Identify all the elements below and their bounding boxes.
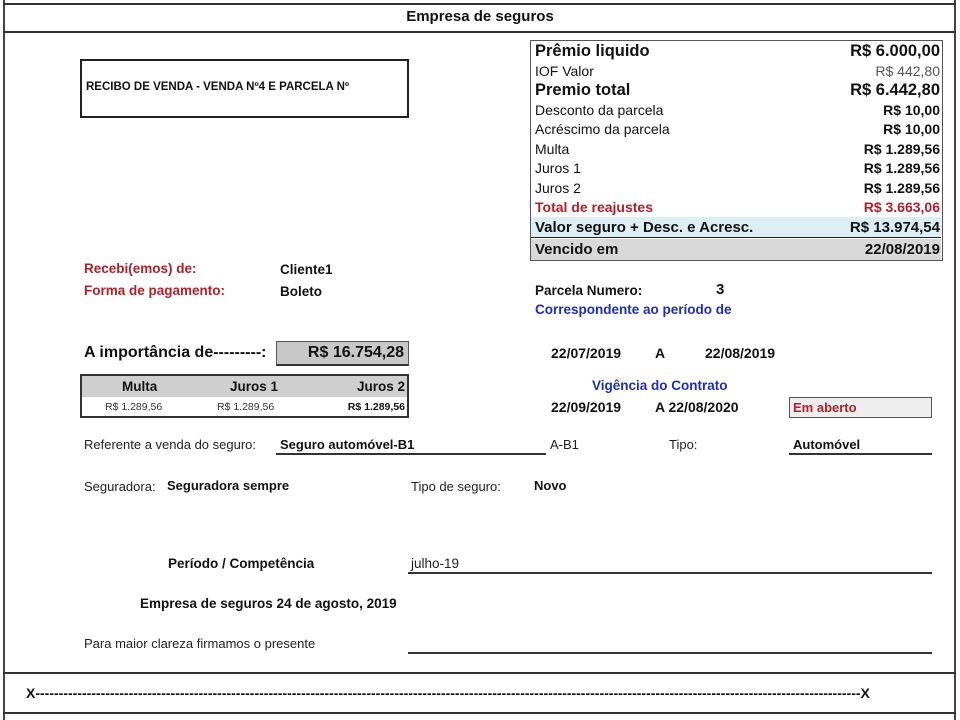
summary-label: Vencido em	[535, 241, 618, 258]
summary-value: 22/08/2019	[865, 241, 940, 258]
summary-panel: Prêmio liquido R$ 6.000,00 IOF Valor R$ …	[530, 40, 943, 261]
summary-row-multa: Multa R$ 1.289,56	[535, 139, 940, 158]
summary-label: Valor seguro + Desc. e Acresc.	[535, 219, 753, 236]
fees-header-juros-2: Juros 2	[357, 379, 405, 394]
page-title: Empresa de seguros	[0, 8, 960, 25]
summary-label: Juros 1	[535, 160, 581, 176]
summary-value: R$ 442,80	[875, 63, 940, 79]
summary-label: Premio total	[535, 81, 630, 100]
period-competence-underline	[408, 572, 932, 574]
summary-row-valor-seguro: Valor seguro + Desc. e Acresc. R$ 13.974…	[535, 217, 940, 238]
period-end: 22/08/2019	[705, 345, 775, 361]
summary-label: Acréscimo da parcela	[535, 121, 670, 137]
summary-row-premio-liquido: Prêmio liquido R$ 6.000,00	[535, 41, 940, 61]
period-start: 22/07/2019	[551, 345, 621, 361]
contract-start: 22/09/2019	[551, 399, 621, 415]
installment-number-label: Parcela Numero:	[535, 283, 642, 298]
insurer-value: Seguradora sempre	[167, 478, 289, 493]
frame-left-border	[3, 0, 5, 720]
clarity-text: Para maior clareza firmamos o presente	[84, 636, 315, 651]
summary-label: IOF Valor	[535, 63, 594, 79]
summary-value: R$ 1.289,56	[864, 180, 940, 196]
summary-value: R$ 1.289,56	[864, 141, 940, 157]
received-from-label: Recebi(emos) de:	[84, 261, 197, 276]
amount-value: R$ 16.754,28	[276, 344, 404, 362]
type-underline	[789, 453, 932, 455]
payment-method-value: Boleto	[280, 284, 322, 299]
fees-value-multa: R$ 1.289,56	[105, 401, 162, 413]
summary-row-juros-1: Juros 1 R$ 1.289,56	[535, 158, 940, 178]
summary-value: R$ 13.974,54	[850, 219, 940, 236]
period-label: Correspondente ao período de	[535, 302, 732, 317]
insurance-type-label: Tipo de seguro:	[411, 479, 501, 494]
divider-cut-top	[3, 672, 956, 674]
summary-value: R$ 3.663,06	[864, 199, 940, 215]
summary-value: R$ 10,00	[883, 121, 940, 137]
reference-code: A-B1	[550, 437, 579, 452]
amount-label: A importância de---------:	[84, 344, 267, 362]
summary-value: R$ 6.000,00	[850, 42, 940, 61]
summary-label: Desconto da parcela	[535, 102, 663, 118]
summary-value: R$ 10,00	[883, 102, 940, 118]
divider-cut-bottom	[3, 712, 956, 714]
divider-top	[3, 3, 956, 5]
reference-value: Seguro automóvel-B1	[280, 437, 414, 452]
summary-row-total-reajustes: Total de reajustes R$ 3.663,06	[535, 197, 940, 217]
fees-value-juros-2: R$ 1.289,56	[348, 401, 405, 413]
summary-row-iof: IOF Valor R$ 442,80	[535, 61, 940, 80]
period-competence-label: Período / Competência	[168, 556, 314, 571]
received-from-value: Cliente1	[280, 262, 333, 277]
fees-table: Multa Juros 1 Juros 2 R$ 1.289,56 R$ 1.2…	[80, 374, 409, 418]
signature-date-line: Empresa de seguros 24 de agosto, 2019	[140, 596, 397, 611]
fees-header-multa: Multa	[122, 379, 157, 394]
cut-line: X---------------------------------------…	[26, 685, 938, 701]
summary-row-vencido: Vencido em 22/08/2019	[535, 239, 940, 260]
contract-validity-label: Vigência do Contrato	[592, 378, 728, 393]
frame-right-border	[954, 0, 956, 720]
summary-label: Total de reajustes	[535, 199, 653, 215]
status-badge: Em aberto	[793, 400, 857, 415]
insurance-type-value: Novo	[534, 478, 567, 493]
period-competence-value: julho-19	[411, 556, 459, 571]
summary-row-desconto: Desconto da parcela R$ 10,00	[535, 100, 940, 119]
summary-row-juros-2: Juros 2 R$ 1.289,56	[535, 178, 940, 197]
summary-row-acrescimo: Acréscimo da parcela R$ 10,00	[535, 119, 940, 139]
type-label: Tipo:	[669, 437, 697, 452]
receipt-title: RECIBO DE VENDA - VENDA Nº4 E PARCELA Nº	[86, 81, 349, 93]
summary-value: R$ 1.289,56	[864, 160, 940, 176]
fees-header-juros-1: Juros 1	[230, 379, 278, 394]
summary-value: R$ 6.442,80	[850, 81, 940, 100]
divider-header	[3, 31, 956, 33]
reference-label: Referente a venda do seguro:	[84, 437, 256, 452]
fees-value-juros-1: R$ 1.289,56	[217, 401, 274, 413]
reference-underline	[276, 453, 546, 455]
summary-label: Prêmio liquido	[535, 42, 650, 61]
installment-number-value: 3	[716, 281, 724, 298]
period-separator: A	[655, 345, 665, 361]
type-value: Automóvel	[793, 437, 860, 452]
summary-row-premio-total: Premio total R$ 6.442,80	[535, 80, 940, 100]
summary-label: Multa	[535, 141, 569, 157]
insurer-label: Seguradora:	[84, 479, 156, 494]
summary-label: Juros 2	[535, 180, 581, 196]
signature-underline[interactable]	[408, 652, 932, 654]
contract-end: A 22/08/2020	[655, 399, 739, 415]
payment-method-label: Forma de pagamento:	[84, 283, 225, 298]
